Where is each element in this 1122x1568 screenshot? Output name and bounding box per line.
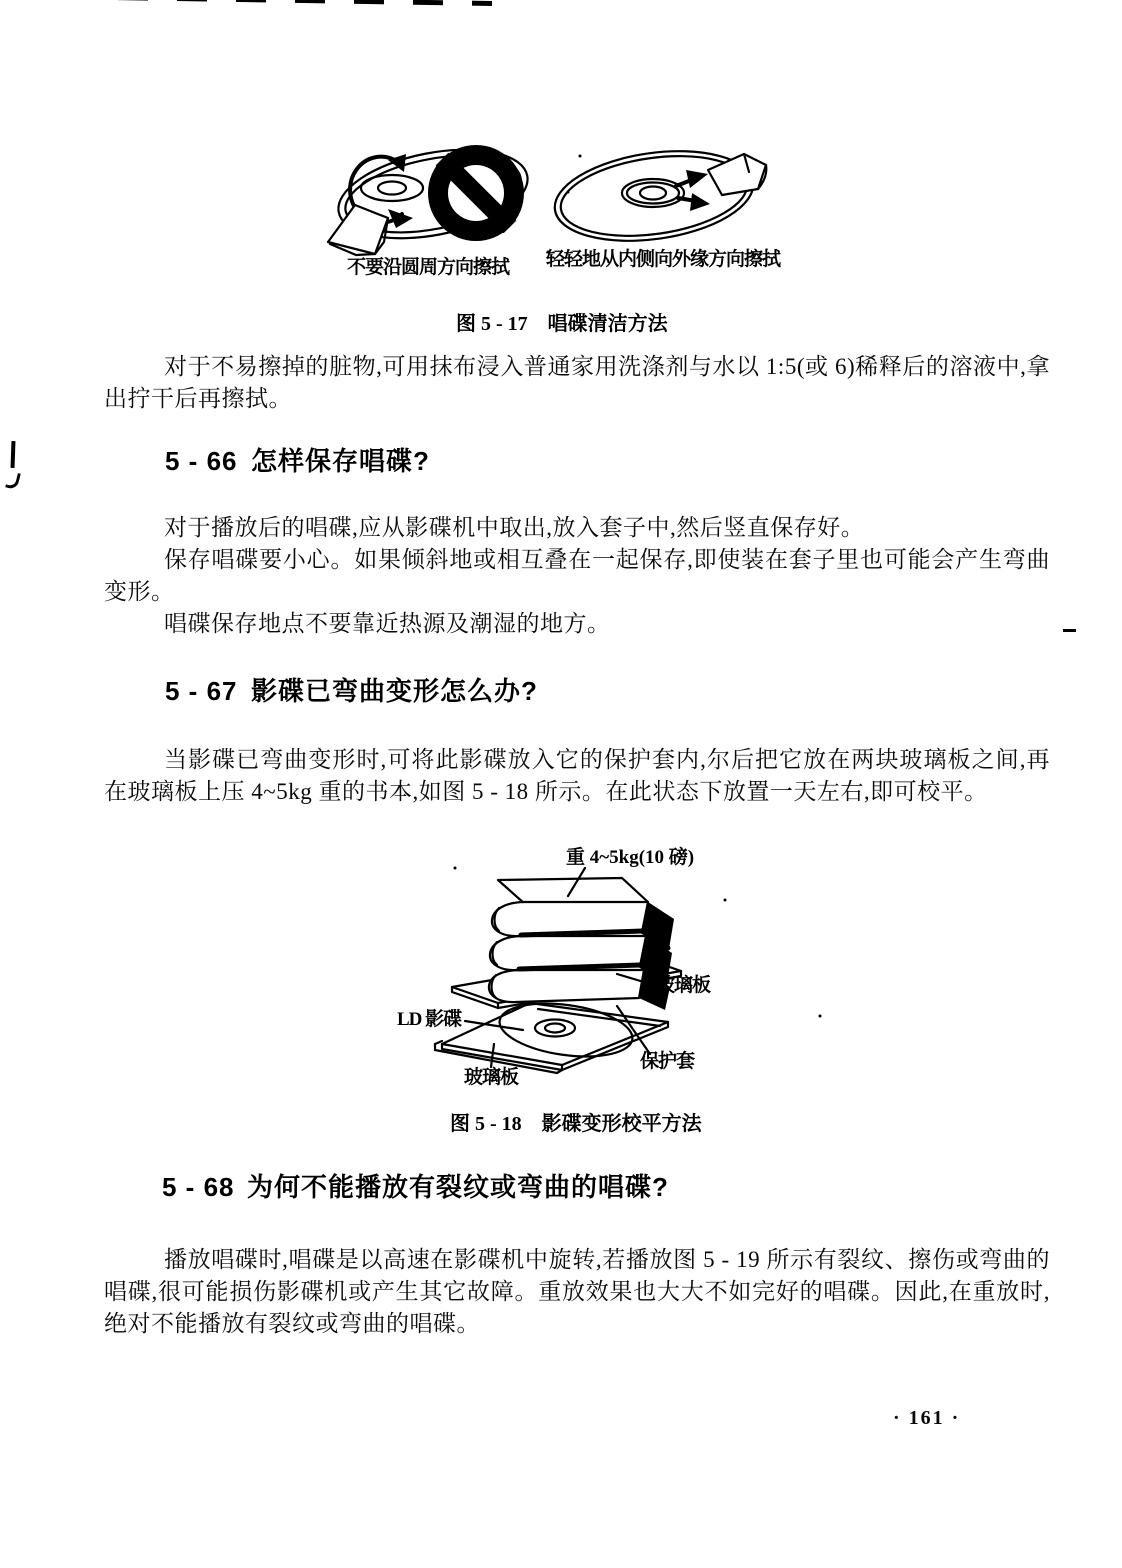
paragraph: 对于不易擦掉的脏物,可用抹布浸入普通家用洗涤剂与水以 1:5(或 6)稀释后的溶…	[104, 351, 1050, 415]
scan-artifact-right-tick	[1063, 629, 1076, 632]
paragraph: 当影碟已弯曲变形时,可将此影碟放入它的保护套内,尔后把它放在两块玻璃板之间,再在…	[104, 744, 1050, 808]
fig18-ld-disc-label: LD 影碟	[397, 1009, 461, 1031]
fig18-sleeve-label: 保护套	[640, 1051, 694, 1073]
section-5-68-heading: 5 - 68 为何不能播放有裂纹或弯曲的唱碟?	[0, 1172, 1122, 1202]
fig18-glass-bottom-label: 玻璃板	[464, 1067, 518, 1089]
paragraph: 保存唱碟要小心。如果倾斜地或相互叠在一起保存,即使装在套子里也可能会产生弯曲变形…	[104, 544, 1050, 608]
intro-paragraph-block: 对于不易擦掉的脏物,可用抹布浸入普通家用洗涤剂与水以 1:5(或 6)稀释后的溶…	[104, 351, 1050, 415]
disc-wipe-radial-illustration	[549, 140, 766, 253]
fig17-left-caption: 不要沿圆周方向擦拭	[347, 257, 509, 279]
disc-wipe-circular-illustration	[328, 135, 570, 255]
figure-5-18-illustration	[395, 838, 875, 1138]
section-5-67-heading: 5 - 67 影碟已弯曲变形怎么办?	[0, 676, 1122, 706]
page-number: · 161 ·	[893, 1407, 960, 1430]
fig18-caption: 图 5 - 18 影碟变形校平方法	[450, 1112, 702, 1136]
fig18-glass-top-label: 玻璃板	[656, 975, 710, 997]
section-number: 5 - 67	[165, 676, 238, 706]
prohibition-icon	[428, 145, 524, 241]
section-number: 5 - 68	[162, 1172, 235, 1202]
section-title: 为何不能播放有裂纹或弯曲的唱碟?	[247, 1172, 669, 1202]
section-5-68-body: 播放唱碟时,唱碟是以高速在影碟机中旋转,若播放图 5 - 19 所示有裂纹、擦伤…	[104, 1244, 1050, 1340]
section-title: 怎样保存唱碟?	[251, 446, 430, 476]
sleeve-and-disc-illustration	[442, 996, 668, 1070]
section-title: 影碟已弯曲变形怎么办?	[251, 676, 538, 706]
section-5-67-body: 当影碟已弯曲变形时,可将此影碟放入它的保护套内,尔后把它放在两块玻璃板之间,再在…	[104, 744, 1050, 808]
paragraph: 对于播放后的唱碟,应从影碟机中取出,放入套子中,然后竖直保存好。	[104, 512, 1050, 544]
books-stack-illustration	[489, 878, 674, 1010]
paragraph: 播放唱碟时,唱碟是以高速在影碟机中旋转,若播放图 5 - 19 所示有裂纹、擦伤…	[104, 1244, 1050, 1340]
section-number: 5 - 66	[165, 446, 238, 476]
scanned-book-page: 不要沿圆周方向擦拭 轻轻地从内侧向外缘方向擦拭 图 5 - 17 唱碟清洁方法 …	[0, 0, 1122, 1568]
paragraph: 唱碟保存地点不要靠近热源及潮湿的地方。	[104, 608, 1050, 640]
section-5-66-body: 对于播放后的唱碟,应从影碟机中取出,放入套子中,然后竖直保存好。 保存唱碟要小心…	[104, 512, 1050, 640]
scan-artifact-top-dashes	[0, 0, 492, 6]
cloth-icon	[328, 205, 388, 255]
outward-arrows-icon	[676, 170, 710, 211]
fig17-right-caption: 轻轻地从内侧向外缘方向擦拭	[546, 249, 780, 271]
fig18-weight-label: 重 4~5kg(10 磅)	[566, 847, 694, 869]
fig17-caption: 图 5 - 17 唱碟清洁方法	[456, 312, 668, 336]
section-5-66-heading: 5 - 66 怎样保存唱碟?	[0, 446, 1122, 476]
